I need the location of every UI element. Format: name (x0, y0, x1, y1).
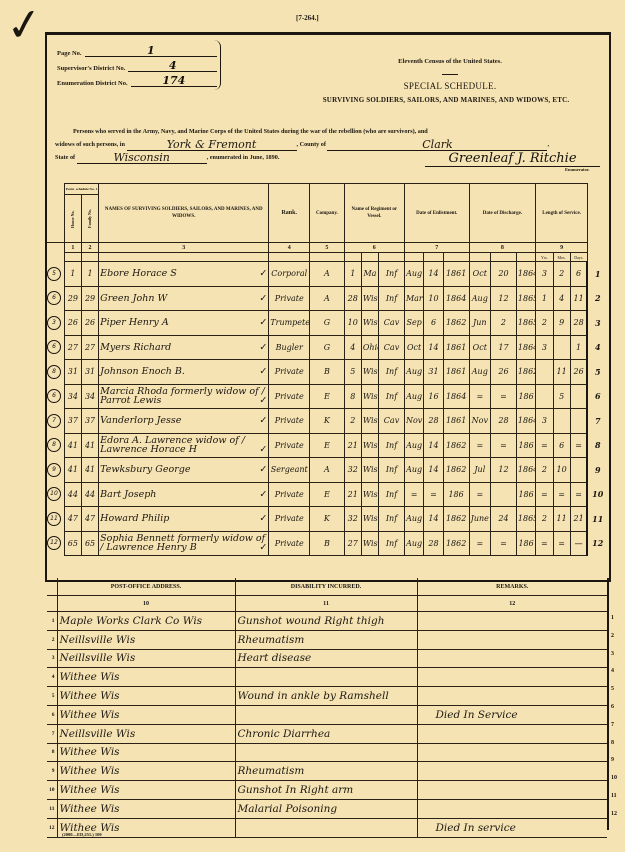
col-number: 4 (269, 243, 310, 253)
cell-enl-year: 1862 (443, 311, 469, 336)
line-number: 5 (47, 687, 57, 706)
line-number: 10 (611, 770, 617, 788)
cell-house: 27 (64, 335, 81, 360)
address-disability-table: POST-OFFICE ADDRESS. DISABILITY INCURRED… (47, 578, 607, 838)
check-icon: ✓ (259, 490, 267, 499)
line-number: 10 (47, 781, 57, 800)
cell-reg-state: Wis (361, 360, 378, 385)
cell-reg-no: 1 (344, 262, 361, 287)
cell-company: B (310, 531, 344, 556)
line-number: 2 (47, 630, 57, 649)
company-header: Company. (310, 184, 344, 243)
circled-number: 11 (47, 512, 61, 526)
post-office-address: Withee Wis (57, 743, 235, 762)
cell-enl-month: Aug (404, 360, 423, 385)
cell-enl-month: Aug (404, 458, 423, 483)
cell-company: E (310, 482, 344, 507)
cell-house: 37 (64, 409, 81, 434)
cell-enl-month: Aug (404, 262, 423, 287)
check-icon: ✓ (259, 367, 267, 376)
cell-reg-state: Wis (361, 384, 378, 409)
supervisor-label: Supervisor's District No. (57, 65, 125, 72)
cell-family: 34 (81, 384, 98, 409)
circled-number: 6 (47, 291, 61, 305)
discharge-header: Date of Discharge. (469, 184, 536, 243)
line-number: 5 (611, 681, 617, 699)
length-header: Length of Service. (536, 184, 588, 243)
cell-dis-month: Oct (469, 262, 491, 287)
state-field: Wisconsin (77, 152, 207, 164)
title-rule (442, 74, 458, 75)
circled-number: 12 (47, 536, 61, 550)
intro-line-1: Persons who served in the Army, Navy, an… (55, 125, 600, 138)
cell-company: A (310, 286, 344, 311)
table-row: 11Withee WisMalarial Poisoning (47, 799, 607, 818)
cell-enl-year: 1861 (443, 262, 469, 287)
cell-mos: 6 (553, 433, 570, 458)
cell-family: 41 (81, 458, 98, 483)
cell-house: 34 (64, 384, 81, 409)
cell-enl-day: 14 (424, 458, 443, 483)
cell-reg-no: 32 (344, 458, 361, 483)
cell-rank: Trumpeter (269, 311, 310, 336)
cell-reg-arm: Cav (379, 409, 405, 434)
col-number: 11 (235, 596, 417, 612)
line-number: 5 (587, 360, 607, 385)
table-row: 9Withee WisRheumatism (47, 762, 607, 781)
table-row: 104444Bart Joseph ✓PrivateE21WisInf==186… (47, 482, 607, 507)
col-number: 9 (536, 243, 588, 253)
line-number: 11 (47, 799, 57, 818)
cell-reg-no: 4 (344, 335, 361, 360)
post-office-address: Maple Works Clark Co Wis (57, 612, 235, 631)
cell-enl-day: = (424, 482, 443, 507)
cell-family: 26 (81, 311, 98, 336)
line-number: 8 (611, 735, 617, 753)
line-number: 1 (587, 262, 607, 287)
enumerator-label: Enumerator. (565, 167, 589, 172)
disability-incurred (235, 668, 417, 687)
cell-reg-arm: Inf (379, 531, 405, 556)
post-office-address: Withee Wis (57, 799, 235, 818)
table-row: 7Neillsville WisChronic Diarrhea (47, 724, 607, 743)
disability-incurred (235, 743, 417, 762)
line-number: 4 (587, 335, 607, 360)
circled-number: 8 (47, 365, 61, 379)
cell-days: — (570, 531, 587, 556)
cell-company: E (310, 433, 344, 458)
cell-dis-month: Oct (469, 335, 491, 360)
form-code: [7-264.] (296, 14, 319, 22)
cell-dis-year: 1865 (516, 286, 535, 311)
cell-dis-month: = (469, 433, 491, 458)
line-number: 6 (587, 384, 607, 409)
cell-dis-year: 1865 (516, 507, 535, 532)
remarks (417, 743, 607, 762)
cell-dis-year: 186 (516, 531, 535, 556)
soldier-name: Piper Henry A ✓ (99, 311, 269, 336)
soldier-name: Bart Joseph ✓ (99, 482, 269, 507)
house-no-header: House No. (64, 195, 81, 243)
cell-house: 1 (64, 262, 81, 287)
cell-family: 41 (81, 433, 98, 458)
cell-reg-no: 8 (344, 384, 361, 409)
line-number: 8 (47, 743, 57, 762)
table-row: 83131Johnson Enoch B. ✓PrivateB5WisInfAu… (47, 360, 607, 385)
cell-mos: 4 (553, 286, 570, 311)
cell-dis-year: 1864 (516, 458, 535, 483)
circled-number: 7 (47, 414, 61, 428)
check-icon: ✓ (259, 465, 267, 474)
cell-company: B (310, 360, 344, 385)
cell-dis-month: Jun (469, 311, 491, 336)
cell-enl-day: 28 (424, 409, 443, 434)
cell-enl-day: 10 (424, 286, 443, 311)
table-border (607, 578, 609, 830)
cell-reg-no: 21 (344, 482, 361, 507)
remarks (417, 799, 607, 818)
remarks (417, 724, 607, 743)
soldier-name: Myers Richard ✓ (99, 335, 269, 360)
table-row: 511Ebore Horace S ✓CorporalA1MaInfAug141… (47, 262, 607, 287)
cell-family: 29 (81, 286, 98, 311)
line-number: 2 (611, 628, 617, 646)
cell-enl-month: Sep (404, 311, 423, 336)
enlistment-header: Date of Enlistment. (404, 184, 469, 243)
cell-reg-no: 5 (344, 360, 361, 385)
cell-family: 44 (81, 482, 98, 507)
cell-reg-state: Ohio (361, 335, 378, 360)
circled-number: 3 (47, 316, 61, 330)
col-number: 6 (344, 243, 404, 253)
soldier-name: Sophia Bennett formerly widow of / Lawre… (99, 531, 269, 556)
line-number: 9 (47, 762, 57, 781)
cell-enl-day: 14 (424, 335, 443, 360)
cell-mos (553, 409, 570, 434)
cell-days (570, 409, 587, 434)
line-number: 10 (587, 482, 607, 507)
cell-house: 26 (64, 311, 81, 336)
cell-reg-arm: Inf (379, 507, 405, 532)
check-icon: ✓ (259, 343, 267, 352)
line-number: 6 (611, 699, 617, 717)
cell-family: 27 (81, 335, 98, 360)
cell-enl-year: 1861 (443, 360, 469, 385)
cell-rank: Private (269, 507, 310, 532)
cell-enl-year: 186 (443, 482, 469, 507)
line-number: 7 (611, 717, 617, 735)
soldier-name: Marcia Rhoda formerly widow of / Parrot … (99, 384, 269, 409)
cell-dis-year: 1864 (516, 335, 535, 360)
remarks (417, 781, 607, 800)
line-number: 4 (47, 668, 57, 687)
cell-reg-arm: Inf (379, 458, 405, 483)
table-row: 6Withee WisDied In Service (47, 705, 607, 724)
cell-rank: Private (269, 433, 310, 458)
cell-house: 41 (64, 433, 81, 458)
cell-dis-day (491, 482, 517, 507)
cell-mos: 11 (553, 360, 570, 385)
cell-dis-day: = (491, 433, 517, 458)
cell-reg-arm: Inf (379, 286, 405, 311)
cell-reg-arm: Inf (379, 360, 405, 385)
cell-dis-day: 12 (491, 458, 517, 483)
cell-yrs: = (536, 482, 553, 507)
cell-dis-day: 20 (491, 262, 517, 287)
cell-yrs: 3 (536, 409, 553, 434)
special-schedule-title: SPECIAL SCHEDULE. (300, 81, 600, 91)
col-number: 12 (417, 596, 607, 612)
disability-incurred (235, 705, 417, 724)
cell-reg-state: Wis (361, 458, 378, 483)
post-office-address: Withee Wis (57, 668, 235, 687)
cell-reg-state: Wis (361, 286, 378, 311)
cell-reg-state: Wis (361, 311, 378, 336)
supervisor-district: 4 (128, 60, 217, 72)
cell-enl-day: 16 (424, 384, 443, 409)
post-office-address: Withee Wis (57, 687, 235, 706)
remarks (417, 649, 607, 668)
line-number: 2 (587, 286, 607, 311)
cell-reg-arm: Inf (379, 433, 405, 458)
check-icon: ✓ (259, 294, 267, 303)
disability-header: DISABILITY INCURRED. (235, 578, 417, 596)
cell-enl-month: Oct (404, 335, 423, 360)
line-number: 3 (587, 311, 607, 336)
enumeration-label: Enumeration District No. (57, 80, 128, 87)
table-row: 62727Myers Richard ✓BuglerG4OhioCavOct14… (47, 335, 607, 360)
post-office-address: Withee Wis (57, 762, 235, 781)
circled-number: 6 (47, 340, 61, 354)
cell-yrs: 2 (536, 507, 553, 532)
col-number: 1 (64, 243, 81, 253)
cell-dis-day: 17 (491, 335, 517, 360)
rank-header: Rank. (269, 184, 310, 243)
table-row: 94141Tewksbury George ✓SergeantA32WisInf… (47, 458, 607, 483)
cell-reg-arm: Inf (379, 384, 405, 409)
county-field: Clark (327, 139, 547, 151)
disability-incurred: Rheumatism (235, 762, 417, 781)
disability-incurred: Gunshot wound Right thigh (235, 612, 417, 631)
cell-company: G (310, 335, 344, 360)
cell-family: 1 (81, 262, 98, 287)
cell-enl-year: 1862 (443, 531, 469, 556)
cell-reg-no: 28 (344, 286, 361, 311)
soldier-name: Ebore Horace S ✓ (99, 262, 269, 287)
disability-incurred: Chronic Diarrhea (235, 724, 417, 743)
table-row: 84141Edora A. Lawrence widow of / Lawren… (47, 433, 607, 458)
cell-yrs: = (536, 433, 553, 458)
cell-enl-month: Nov (404, 409, 423, 434)
table-row: 32626Piper Henry A ✓TrumpeterG10WisCavSe… (47, 311, 607, 336)
cell-rank: Corporal (269, 262, 310, 287)
col-number: 7 (404, 243, 469, 253)
cell-dis-month: Nov (469, 409, 491, 434)
soldiers-table: Porm. schedule No. 1 NAMES OF SURVIVING … (47, 183, 607, 556)
cell-reg-no: 32 (344, 507, 361, 532)
cell-days: = (570, 482, 587, 507)
cell-dis-month: Jul (469, 458, 491, 483)
col-number: 10 (57, 596, 235, 612)
circled-number: 8 (47, 438, 61, 452)
cell-mos: 5 (553, 384, 570, 409)
cell-company: A (310, 458, 344, 483)
enumeration-district: 174 (131, 75, 217, 87)
cell-mos: 9 (553, 311, 570, 336)
soldier-name: Green John W ✓ (99, 286, 269, 311)
line-number: 1 (47, 612, 57, 631)
line-number: 9 (587, 458, 607, 483)
line-number: 7 (47, 724, 57, 743)
cell-mos: = (553, 531, 570, 556)
disability-incurred: Wound in ankle by Ramshell (235, 687, 417, 706)
brace (214, 40, 221, 90)
line-number: 3 (611, 646, 617, 664)
check-icon: ✓ (259, 396, 267, 405)
cell-days (570, 458, 587, 483)
cell-enl-year: 1864 (443, 286, 469, 311)
cell-yrs: = (536, 531, 553, 556)
remarks: Died In service (417, 818, 607, 837)
line-number: 12 (611, 806, 617, 824)
table-row: 5Withee WisWound in ankle by Ramshell (47, 687, 607, 706)
family-no-header: Family No. (81, 195, 98, 243)
table-row: 12Withee WisDied In service (47, 818, 607, 837)
cell-yrs: 3 (536, 335, 553, 360)
cell-house: 47 (64, 507, 81, 532)
line-number: 1 (611, 610, 617, 628)
post-office-address: Withee Wis (57, 781, 235, 800)
cell-yrs (536, 360, 553, 385)
table-row: 62929Green John W ✓PrivateA28WisInfMar10… (47, 286, 607, 311)
cell-reg-arm: Cav (379, 335, 405, 360)
cell-reg-state: Ma (361, 262, 378, 287)
check-mark: ✓ (3, 0, 47, 53)
cell-reg-state: Wis (361, 531, 378, 556)
table-row: 2Neillsville WisRheumatism (47, 630, 607, 649)
col-number: 2 (81, 243, 98, 253)
cell-dis-month: = (469, 482, 491, 507)
remarks (417, 668, 607, 687)
cell-yrs: 2 (536, 458, 553, 483)
cell-dis-month: Aug (469, 360, 491, 385)
check-icon: ✓ (259, 543, 267, 552)
cell-enl-month: = (404, 482, 423, 507)
cell-enl-year: 1862 (443, 507, 469, 532)
cell-dis-year: 186 (516, 384, 535, 409)
cell-dis-month: June (469, 507, 491, 532)
line-number: 6 (47, 705, 57, 724)
cell-days: 11 (570, 286, 587, 311)
cell-family: 65 (81, 531, 98, 556)
table-row: 73737Vanderlorp Jesse ✓PrivateK2WisCavNo… (47, 409, 607, 434)
cell-dis-month: Aug (469, 286, 491, 311)
remarks (417, 687, 607, 706)
cell-enl-month: Aug (404, 433, 423, 458)
cell-house: 29 (64, 286, 81, 311)
cell-days: = (570, 433, 587, 458)
cell-reg-no: 10 (344, 311, 361, 336)
cell-enl-month: Mar (404, 286, 423, 311)
table-row: 3Neillsville WisHeart disease (47, 649, 607, 668)
cell-dis-day: 24 (491, 507, 517, 532)
cell-company: G (310, 311, 344, 336)
cell-reg-no: 2 (344, 409, 361, 434)
cell-enl-day: 6 (424, 311, 443, 336)
circled-number: 6 (47, 389, 61, 403)
regiment-header: Name of Regiment or Vessel. (344, 184, 404, 243)
soldier-name: Johnson Enoch B. ✓ (99, 360, 269, 385)
col-number: 3 (99, 243, 269, 253)
cell-enl-day: 14 (424, 507, 443, 532)
district-meta: Page No.1 Supervisor's District No.4 Enu… (57, 42, 217, 87)
cell-enl-month: Aug (404, 531, 423, 556)
cell-dis-year: 1862 (516, 360, 535, 385)
page-label: Page No. (57, 50, 82, 57)
cell-days: 1 (570, 335, 587, 360)
check-icon: ✓ (259, 416, 267, 425)
post-office-header: POST-OFFICE ADDRESS. (57, 578, 235, 596)
length-sub-header: Yrs. (536, 253, 553, 262)
cell-reg-state: Wis (361, 409, 378, 434)
soldier-name: Edora A. Lawrence widow of / Lawrence Ho… (99, 433, 269, 458)
circled-number: 10 (47, 487, 61, 501)
cell-days: 6 (570, 262, 587, 287)
footer-code: (2000—ED,251.) 100 (62, 832, 102, 837)
cell-enl-year: 1861 (443, 335, 469, 360)
line-number: 11 (611, 788, 617, 806)
cell-reg-arm: Inf (379, 262, 405, 287)
cell-dis-day: 26 (491, 360, 517, 385)
remarks (417, 612, 607, 631)
cell-yrs (536, 384, 553, 409)
table-row: 126565Sophia Bennett formerly widow of /… (47, 531, 607, 556)
line-number: 12 (47, 818, 57, 837)
check-icon: ✓ (259, 269, 267, 278)
enumerator-signature: Greenleaf J. Ritchie (425, 151, 600, 167)
cell-reg-no: 21 (344, 433, 361, 458)
town-field: York & Fremont (127, 139, 297, 151)
disability-incurred: Gunshot In Right arm (235, 781, 417, 800)
cell-days (570, 384, 587, 409)
length-sub-header: Mos. (553, 253, 570, 262)
cell-rank: Private (269, 286, 310, 311)
cell-enl-year: 1861 (443, 409, 469, 434)
cell-rank: Private (269, 409, 310, 434)
cell-house: 44 (64, 482, 81, 507)
cell-dis-year: 1865 (516, 311, 535, 336)
names-header: NAMES OF SURVIVING SOLDIERS, SAILORS, AN… (99, 184, 269, 243)
post-office-address: Neillsville Wis (57, 724, 235, 743)
cell-dis-year: 1864 (516, 409, 535, 434)
cell-yrs: 3 (536, 262, 553, 287)
cell-company: E (310, 384, 344, 409)
cell-company: A (310, 262, 344, 287)
cell-family: 47 (81, 507, 98, 532)
circled-number: 9 (47, 463, 61, 477)
cell-reg-no: 27 (344, 531, 361, 556)
cell-reg-state: Wis (361, 507, 378, 532)
col-number: 5 (310, 243, 344, 253)
check-icon: ✓ (259, 514, 267, 523)
cell-mos: 2 (553, 262, 570, 287)
cell-reg-arm: Cav (379, 311, 405, 336)
col-number: 8 (469, 243, 536, 253)
soldier-name: Vanderlorp Jesse ✓ (99, 409, 269, 434)
cell-days: 28 (570, 311, 587, 336)
cell-days: 21 (570, 507, 587, 532)
cell-rank: Private (269, 531, 310, 556)
